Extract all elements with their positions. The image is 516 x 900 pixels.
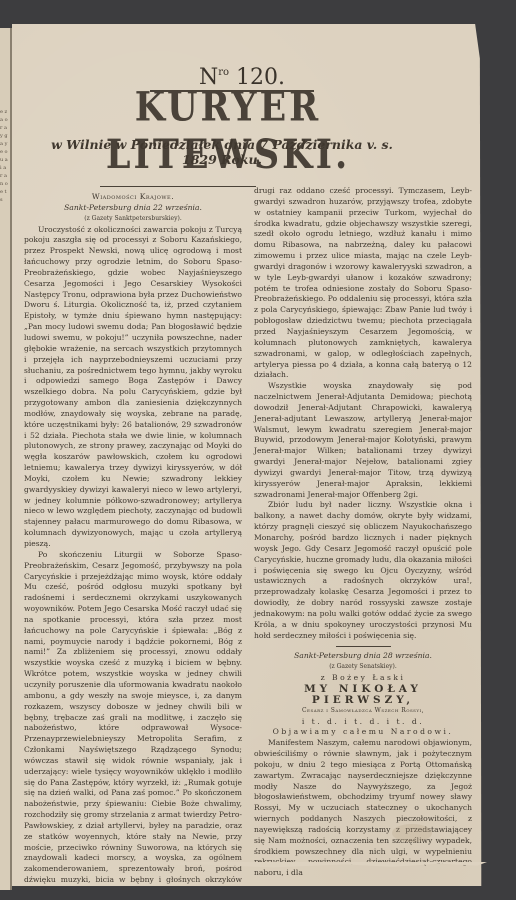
article-paragraph: Po skończeniu Liturgii w Soborze Spaso-P… <box>24 550 242 897</box>
issue-sup: ro <box>218 67 229 78</box>
left-column: Wiadomości Krajowe. Sankt-Petersburg dni… <box>24 192 242 897</box>
right-column: drugi raz oddano cześć processyi. Tymcza… <box>254 186 472 879</box>
section-heading: Wiadomości Krajowe. <box>24 192 242 203</box>
source-note: (z Gazety Sanktpetersburskiey). <box>24 214 242 225</box>
monarch-titles: Cesarz i Samowładzca Wszech Rossyi, <box>254 706 472 717</box>
previous-page-edge: e z a o r a y g a y e o u a i a r a n o … <box>0 28 12 890</box>
manifesto-text: Manifestem Naszym, całemu narodowi objaw… <box>254 738 472 879</box>
second-place-date: Sankt-Petersburg dnia 28 września. <box>254 651 472 662</box>
article-paragraph: Zbiór ludu był nader liczny. Wszystkie o… <box>254 500 472 641</box>
etc-line: i t. d. i t. d. i t. d. <box>254 717 472 728</box>
place-date: Sankt-Petersburg dnia 22 września. <box>24 203 242 214</box>
article-paragraph: Uroczystość z okoliczności zawarcia poko… <box>24 225 242 550</box>
announce-line: Objawiamy całemu Narodowi. <box>254 727 472 738</box>
article-paragraph: drugi raz oddano cześć processyi. Tymcza… <box>254 186 472 381</box>
monarch-name: MY NIKOŁAY PIERWSZY, <box>254 684 472 706</box>
paper-stain <box>392 824 432 842</box>
newspaper-page: Nro 120. KURYER LITEWSKI. w Wilnie w Pon… <box>12 24 487 886</box>
section-divider <box>336 646 391 647</box>
dateline: w Wilnie w Poniedziałek dnia 7 Październ… <box>32 137 412 167</box>
article-paragraph: Wszystkie woyska znaydowały się pod nacz… <box>254 381 472 500</box>
previous-page-text-fragment: e z a o r a y g a y e o u a i a r a n o … <box>0 108 8 204</box>
column-rule <box>100 186 256 187</box>
second-source-note: (z Gazety Senatskiey). <box>254 662 472 673</box>
